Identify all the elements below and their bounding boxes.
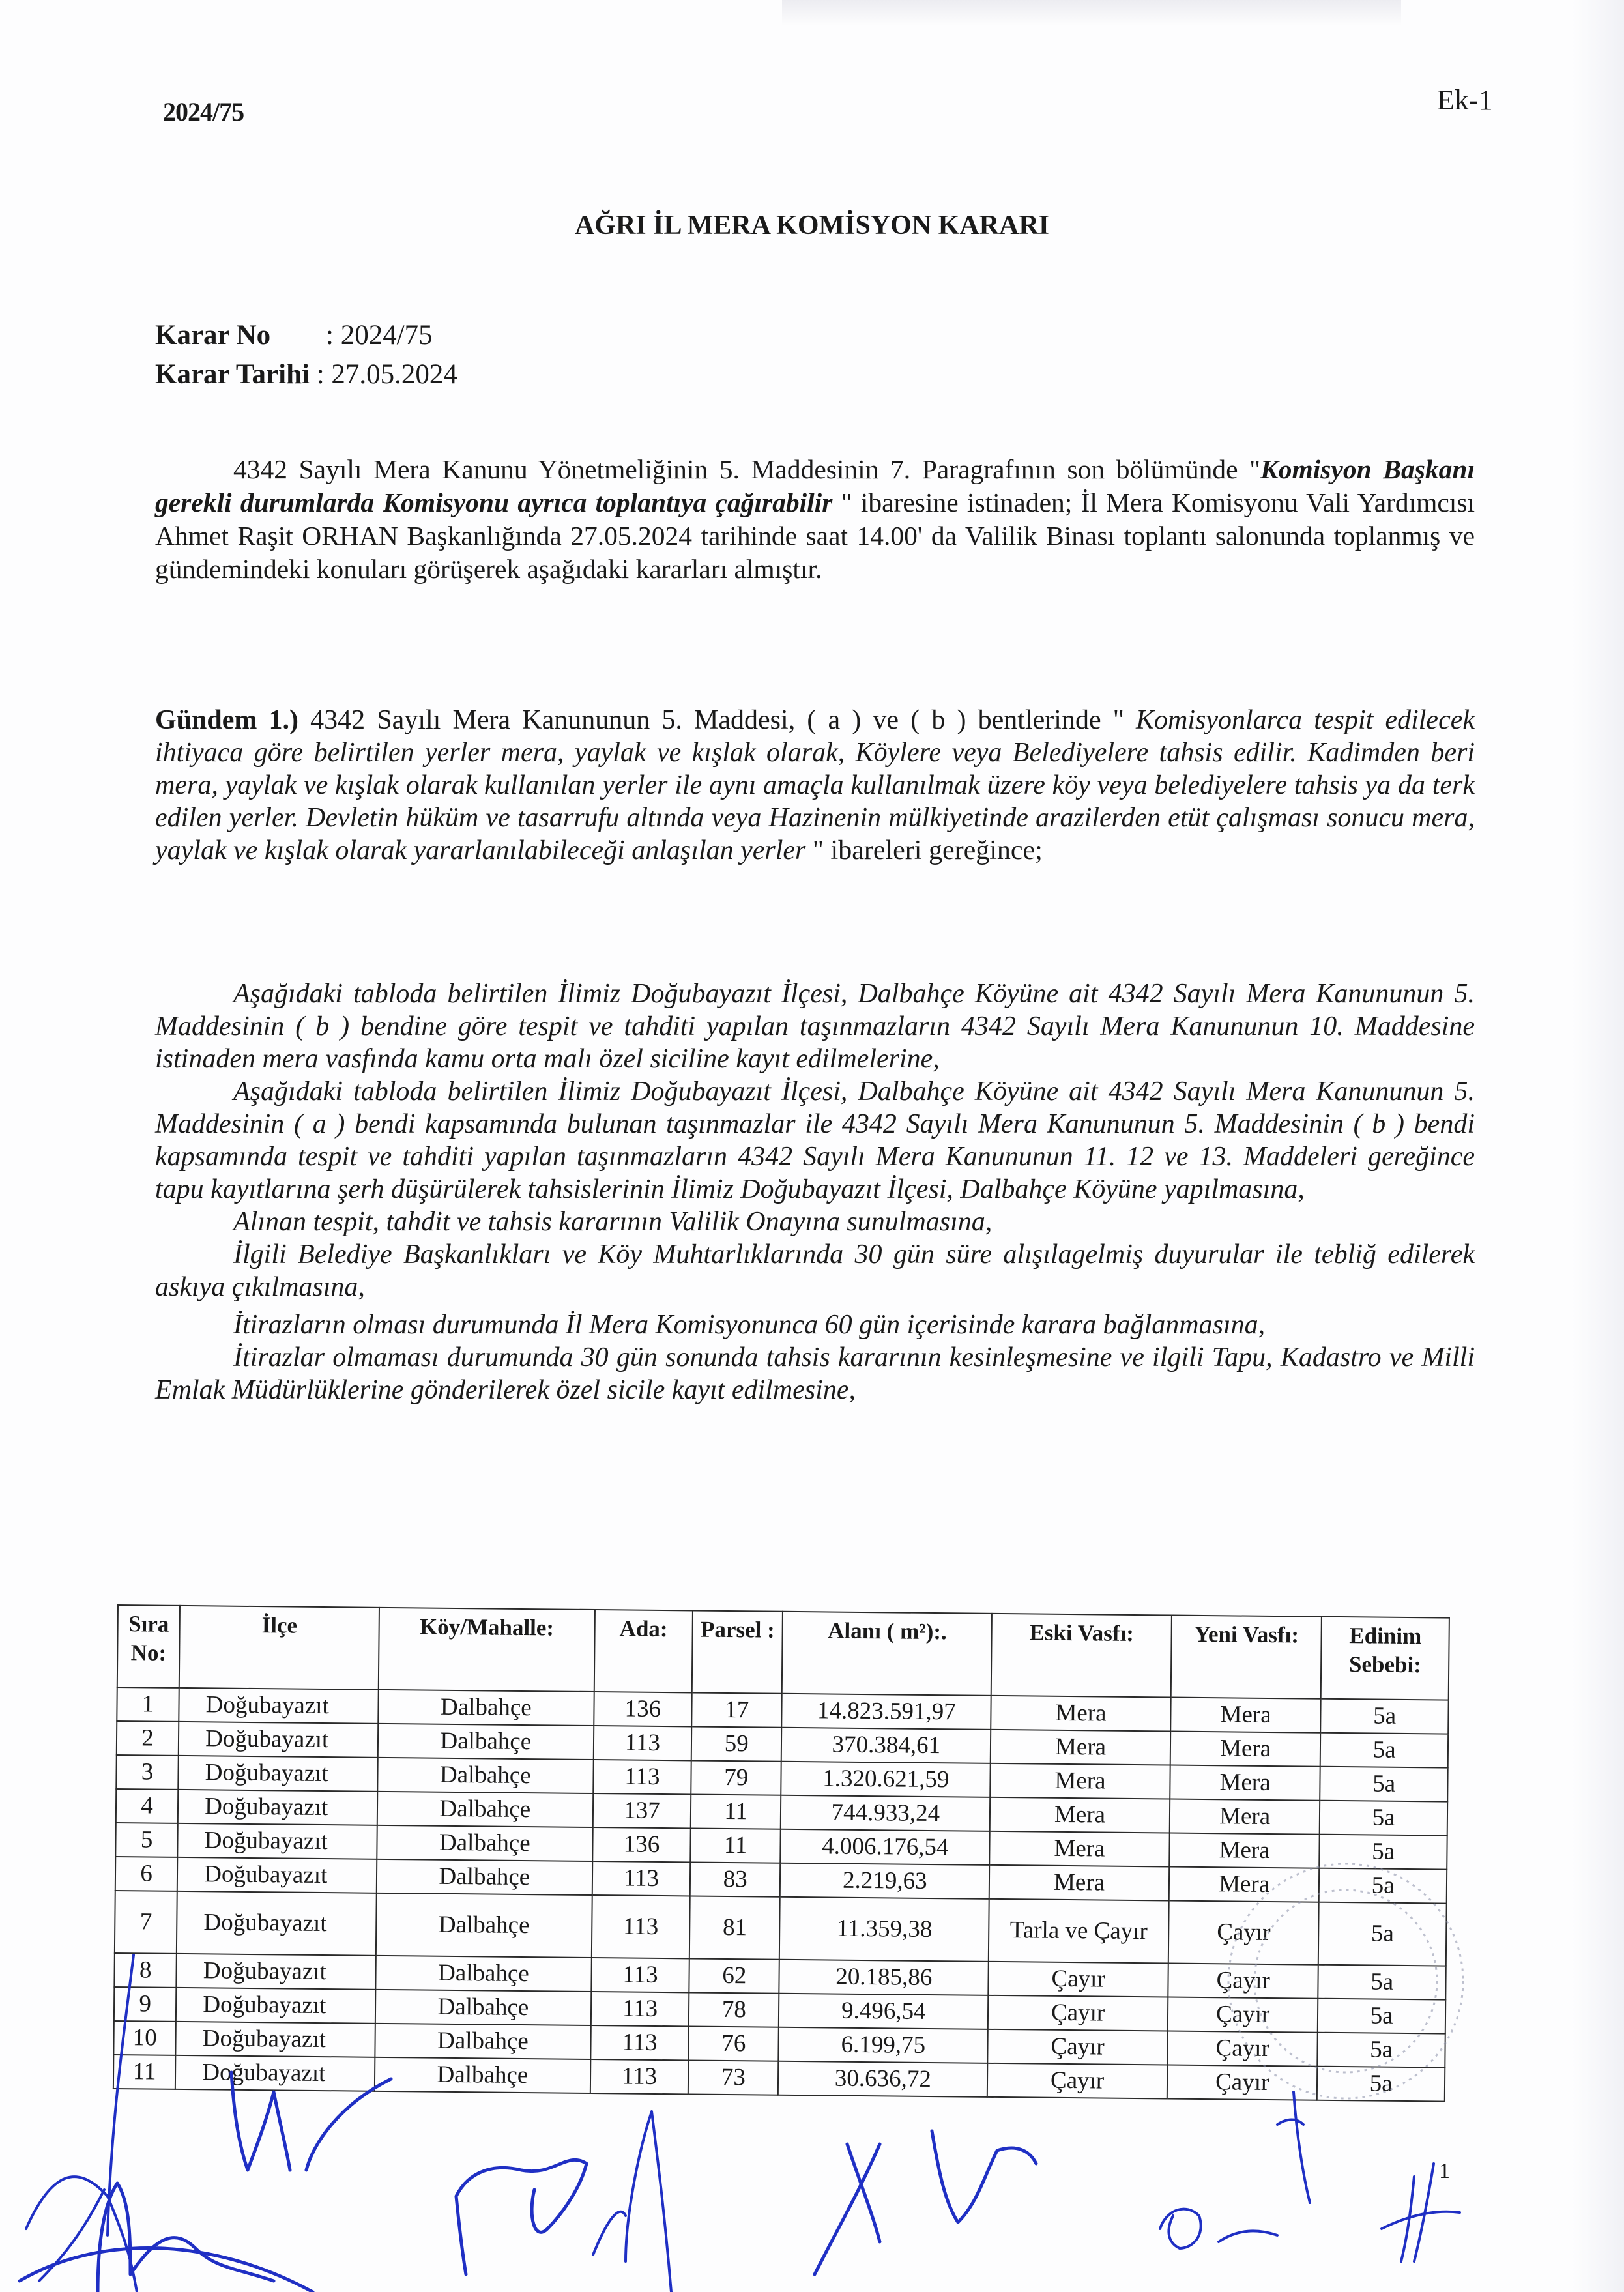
col-header-no: Sıra No:	[117, 1605, 180, 1688]
cell-eski: Çayır	[987, 2063, 1167, 2099]
cell-koy: Dalbahçe	[377, 1792, 593, 1827]
col-header-edinim: Edinim Sebebi:	[1321, 1617, 1449, 1700]
decision-item: Aşağıdaki tabloda belirtilen İlimiz Doğu…	[155, 978, 1475, 1075]
cell-parsel: 79	[691, 1760, 781, 1795]
cell-edinim: 5a	[1320, 1835, 1447, 1870]
cell-edinim: 5a	[1320, 1733, 1448, 1768]
cell-alan: 370.384,61	[781, 1728, 991, 1763]
intro-text-part1: 4342 Sayılı Mera Kanunu Yönetmeliğinin 5…	[233, 454, 1260, 484]
cell-koy: Dalbahçe	[378, 1690, 594, 1726]
col-header-parsel: Parsel :	[692, 1610, 783, 1693]
decision-item: İtirazlar olmaması durumunda 30 gün sonu…	[155, 1341, 1475, 1406]
document-page: 2024/75 Ek-1 AĞRI İL MERA KOMİSYON KARAR…	[0, 0, 1624, 2292]
agenda-text: 4342 Sayılı Mera Kanununun 5. Maddesi, (…	[298, 705, 1136, 735]
cell-no: 7	[115, 1891, 177, 1954]
cell-parsel: 17	[691, 1692, 782, 1727]
cell-yeni: Mera	[1170, 1799, 1320, 1835]
cell-alan: 2.219,63	[780, 1863, 989, 1899]
decision-no-row: Karar No: 2024/75	[155, 316, 457, 355]
cell-eski: Mera	[991, 1696, 1170, 1732]
cell-parsel: 76	[688, 2026, 779, 2061]
decision-item: İlgili Belediye Başkanlıkları ve Köy Muh…	[155, 1238, 1475, 1303]
decision-date-label: Karar Tarihi	[155, 355, 310, 394]
cell-no: 3	[116, 1755, 179, 1790]
document-number: 2024/75	[163, 96, 244, 127]
cell-ilce: Doğubayazıt	[179, 1722, 378, 1758]
agenda-text-end: " ibareleri gereğince;	[805, 835, 1042, 865]
cell-parsel: 11	[691, 1794, 781, 1829]
cell-eski: Çayır	[989, 1962, 1168, 1997]
cell-ilce: Doğubayazıt	[177, 1857, 377, 1893]
cell-ilce: Doğubayazıt	[177, 1891, 377, 1956]
cell-edinim: 5a	[1317, 2067, 1445, 2102]
cell-no: 11	[113, 2055, 176, 2089]
cell-no: 6	[115, 1857, 178, 1891]
cell-alan: 1.320.621,59	[781, 1762, 991, 1797]
cell-alan: 6.199,75	[779, 2027, 988, 2063]
scan-edge-shading	[1572, 0, 1624, 2292]
cell-eski: Mera	[990, 1797, 1170, 1833]
decision-date-value: : 27.05.2024	[317, 359, 457, 390]
decision-no-value: : 2024/75	[326, 320, 433, 351]
cell-ilce: Doğubayazıt	[178, 1790, 377, 1825]
cell-alan: 20.185,86	[779, 1960, 989, 1995]
cell-ilce: Doğubayazıt	[179, 1688, 378, 1724]
cell-yeni: Çayır	[1168, 1997, 1318, 2033]
cell-edinim: 5a	[1320, 1767, 1448, 1802]
col-header-ilce: İlçe	[179, 1606, 379, 1690]
cell-ilce: Doğubayazıt	[177, 1954, 376, 1990]
parcel-table-container: Sıra No: İlçe Köy/Mahalle: Ada: Parsel :…	[113, 1604, 1450, 2102]
cell-eski: Mera	[991, 1730, 1170, 1765]
cell-yeni: Çayır	[1168, 1964, 1318, 1999]
cell-parsel: 59	[691, 1726, 782, 1761]
col-header-koy: Köy/Mahalle:	[379, 1608, 595, 1692]
annex-label: Ek-1	[1437, 83, 1493, 117]
cell-eski: Mera	[989, 1865, 1169, 1901]
cell-alan: 9.496,54	[779, 1994, 988, 2029]
cell-eski: Tarla ve Çayır	[989, 1899, 1169, 1964]
cell-ada: 113	[590, 2025, 689, 2060]
cell-no: 1	[117, 1687, 179, 1722]
cell-ada: 113	[591, 1992, 689, 2026]
cell-eski: Mera	[989, 1831, 1169, 1867]
cell-yeni: Çayır	[1167, 2031, 1318, 2067]
cell-yeni: Mera	[1169, 1867, 1320, 1902]
cell-ada: 137	[593, 1793, 691, 1828]
cell-edinim: 5a	[1318, 1902, 1446, 1966]
cell-ada: 113	[593, 1760, 691, 1794]
col-header-eski: Eski Vasfı:	[991, 1614, 1172, 1698]
cell-ilce: Doğubayazıt	[175, 2055, 375, 2091]
cell-eski: Çayır	[988, 1995, 1168, 2031]
cell-koy: Dalbahçe	[375, 2057, 590, 2093]
decision-item: İtirazların olması durumunda İl Mera Kom…	[155, 1309, 1475, 1341]
cell-edinim: 5a	[1318, 1965, 1446, 2000]
table-header-row: Sıra No: İlçe Köy/Mahalle: Ada: Parsel :…	[117, 1605, 1449, 1700]
cell-alan: 11.359,38	[779, 1897, 989, 1962]
page-number: 1	[1439, 2159, 1450, 2184]
agenda-paragraph: Gündem 1.) 4342 Sayılı Mera Kanununun 5.…	[155, 704, 1475, 867]
cell-alan: 30.636,72	[778, 2061, 987, 2097]
cell-yeni: Mera	[1170, 1698, 1321, 1733]
cell-ada: 113	[591, 1958, 689, 1992]
cell-ada: 113	[593, 1726, 691, 1760]
cell-parsel: 83	[690, 1862, 781, 1896]
cell-yeni: Mera	[1170, 1765, 1320, 1801]
cell-alan: 744.933,24	[781, 1795, 990, 1831]
decision-item: Aşağıdaki tabloda belirtilen İlimiz Doğu…	[155, 1075, 1475, 1206]
cell-ada: 113	[592, 1861, 691, 1896]
decision-meta: Karar No: 2024/75 Karar Tarihi : 27.05.2…	[155, 316, 457, 394]
cell-edinim: 5a	[1318, 1999, 1445, 2034]
cell-yeni: Çayır	[1168, 1901, 1319, 1965]
cell-koy: Dalbahçe	[376, 1893, 592, 1958]
cell-koy: Dalbahçe	[375, 2024, 590, 2059]
cell-koy: Dalbahçe	[375, 1956, 591, 1992]
col-header-alan: Alanı ( m²):.	[782, 1612, 992, 1696]
cell-parsel: 73	[688, 2060, 779, 2095]
cell-parsel: 81	[689, 1896, 780, 1959]
cell-edinim: 5a	[1319, 1868, 1447, 1904]
agenda-label: Gündem 1.)	[155, 705, 298, 735]
cell-ada: 136	[594, 1692, 692, 1726]
cell-ilce: Doğubayazıt	[177, 1823, 377, 1859]
cell-no: 8	[114, 1953, 177, 1988]
cell-alan: 4.006.176,54	[781, 1829, 990, 1865]
cell-koy: Dalbahçe	[375, 1990, 591, 2025]
col-header-yeni: Yeni Vasfı:	[1171, 1616, 1322, 1699]
cell-ada: 113	[592, 1895, 690, 1958]
cell-edinim: 5a	[1320, 1801, 1447, 1836]
decision-date-row: Karar Tarihi : 27.05.2024	[155, 355, 457, 394]
cell-edinim: 5a	[1318, 2033, 1445, 2068]
cell-eski: Mera	[990, 1763, 1170, 1799]
cell-ilce: Doğubayazıt	[176, 2022, 375, 2057]
cell-parsel: 62	[689, 1958, 779, 1993]
cell-yeni: Mera	[1169, 1833, 1320, 1868]
intro-paragraph: 4342 Sayılı Mera Kanunu Yönetmeliğinin 5…	[155, 453, 1475, 586]
cell-alan: 14.823.591,97	[782, 1694, 991, 1730]
page-title: AĞRI İL MERA KOMİSYON KARARI	[0, 210, 1624, 241]
cell-no: 10	[113, 2021, 176, 2055]
col-header-ada: Ada:	[594, 1610, 693, 1692]
cell-edinim: 5a	[1321, 1699, 1449, 1734]
cell-parsel: 78	[689, 1992, 779, 2027]
cell-ilce: Doğubayazıt	[178, 1756, 377, 1792]
parcel-table: Sıra No: İlçe Köy/Mahalle: Ada: Parsel :…	[113, 1604, 1450, 2102]
cell-ada: 113	[590, 2059, 689, 2094]
cell-koy: Dalbahçe	[378, 1724, 594, 1760]
cell-yeni: Mera	[1170, 1732, 1321, 1767]
decision-no-label: Karar No	[155, 316, 326, 355]
decision-item: Alınan tespit, tahdit ve tahsis kararını…	[155, 1206, 1475, 1238]
scan-top-smudge	[782, 0, 1401, 26]
cell-yeni: Çayır	[1167, 2065, 1318, 2100]
cell-koy: Dalbahçe	[377, 1859, 592, 1895]
cell-ada: 136	[592, 1827, 691, 1862]
cell-koy: Dalbahçe	[377, 1825, 592, 1861]
cell-parsel: 11	[690, 1828, 781, 1863]
cell-ilce: Doğubayazıt	[176, 1988, 375, 2024]
table-body: 1DoğubayazıtDalbahçe1361714.823.591,97Me…	[113, 1687, 1449, 2102]
decisions-list: Aşağıdaki tabloda belirtilen İlimiz Doğu…	[155, 978, 1475, 1406]
cell-no: 4	[116, 1789, 179, 1823]
cell-no: 9	[114, 1987, 177, 2022]
cell-eski: Çayır	[988, 2029, 1168, 2065]
cell-no: 5	[115, 1823, 178, 1857]
cell-no: 2	[117, 1721, 179, 1756]
cell-koy: Dalbahçe	[377, 1758, 593, 1793]
